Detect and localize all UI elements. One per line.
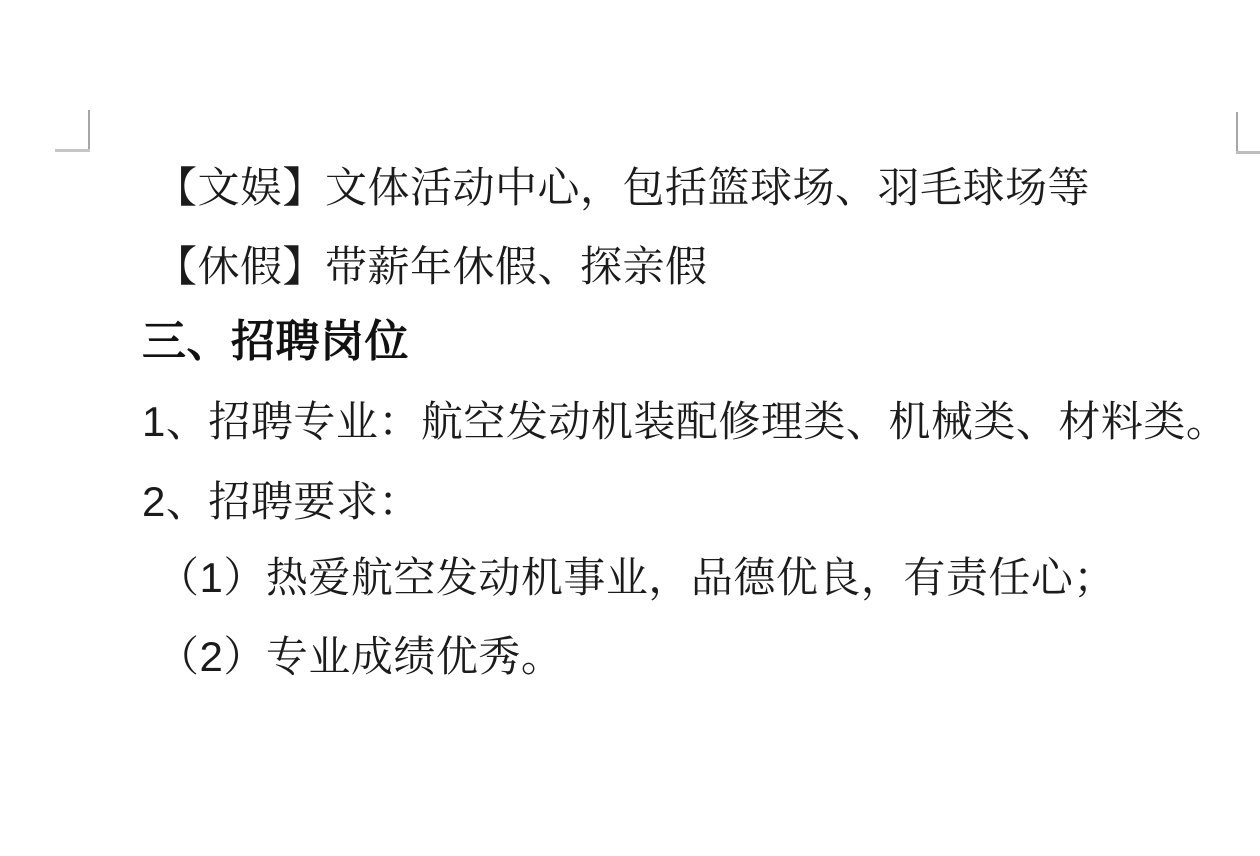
- section-heading-recruitment-positions: 三、招聘岗位: [142, 318, 409, 366]
- paragraph-recruitment-requirements: 2、招聘要求：: [142, 479, 421, 525]
- paragraph-benefit-entertainment: 【文娱】文体活动中心，包括篮球场、羽毛球场等: [155, 165, 1090, 211]
- crop-mark-top-right: [1236, 112, 1260, 154]
- paragraph-recruitment-majors: 1、招聘专业：航空发动机装配修理类、机械类、材料类。: [142, 399, 1228, 445]
- crop-mark-horizontal-line: [1236, 151, 1260, 154]
- paragraph-benefit-vacation: 【休假】带薪年休假、探亲假: [155, 244, 708, 290]
- crop-mark-horizontal-line: [55, 149, 90, 152]
- crop-mark-vertical-line: [88, 110, 90, 151]
- crop-mark-top-left: [55, 110, 90, 152]
- paragraph-requirement-2: （2）专业成绩优秀。: [157, 634, 563, 680]
- crop-mark-vertical-line: [1236, 112, 1238, 153]
- paragraph-requirement-1: （1）热爱航空发动机事业，品德优良，有责任心；: [157, 555, 1116, 601]
- document-page: 【文娱】文体活动中心，包括篮球场、羽毛球场等 【休假】带薪年休假、探亲假 三、招…: [0, 0, 1260, 856]
